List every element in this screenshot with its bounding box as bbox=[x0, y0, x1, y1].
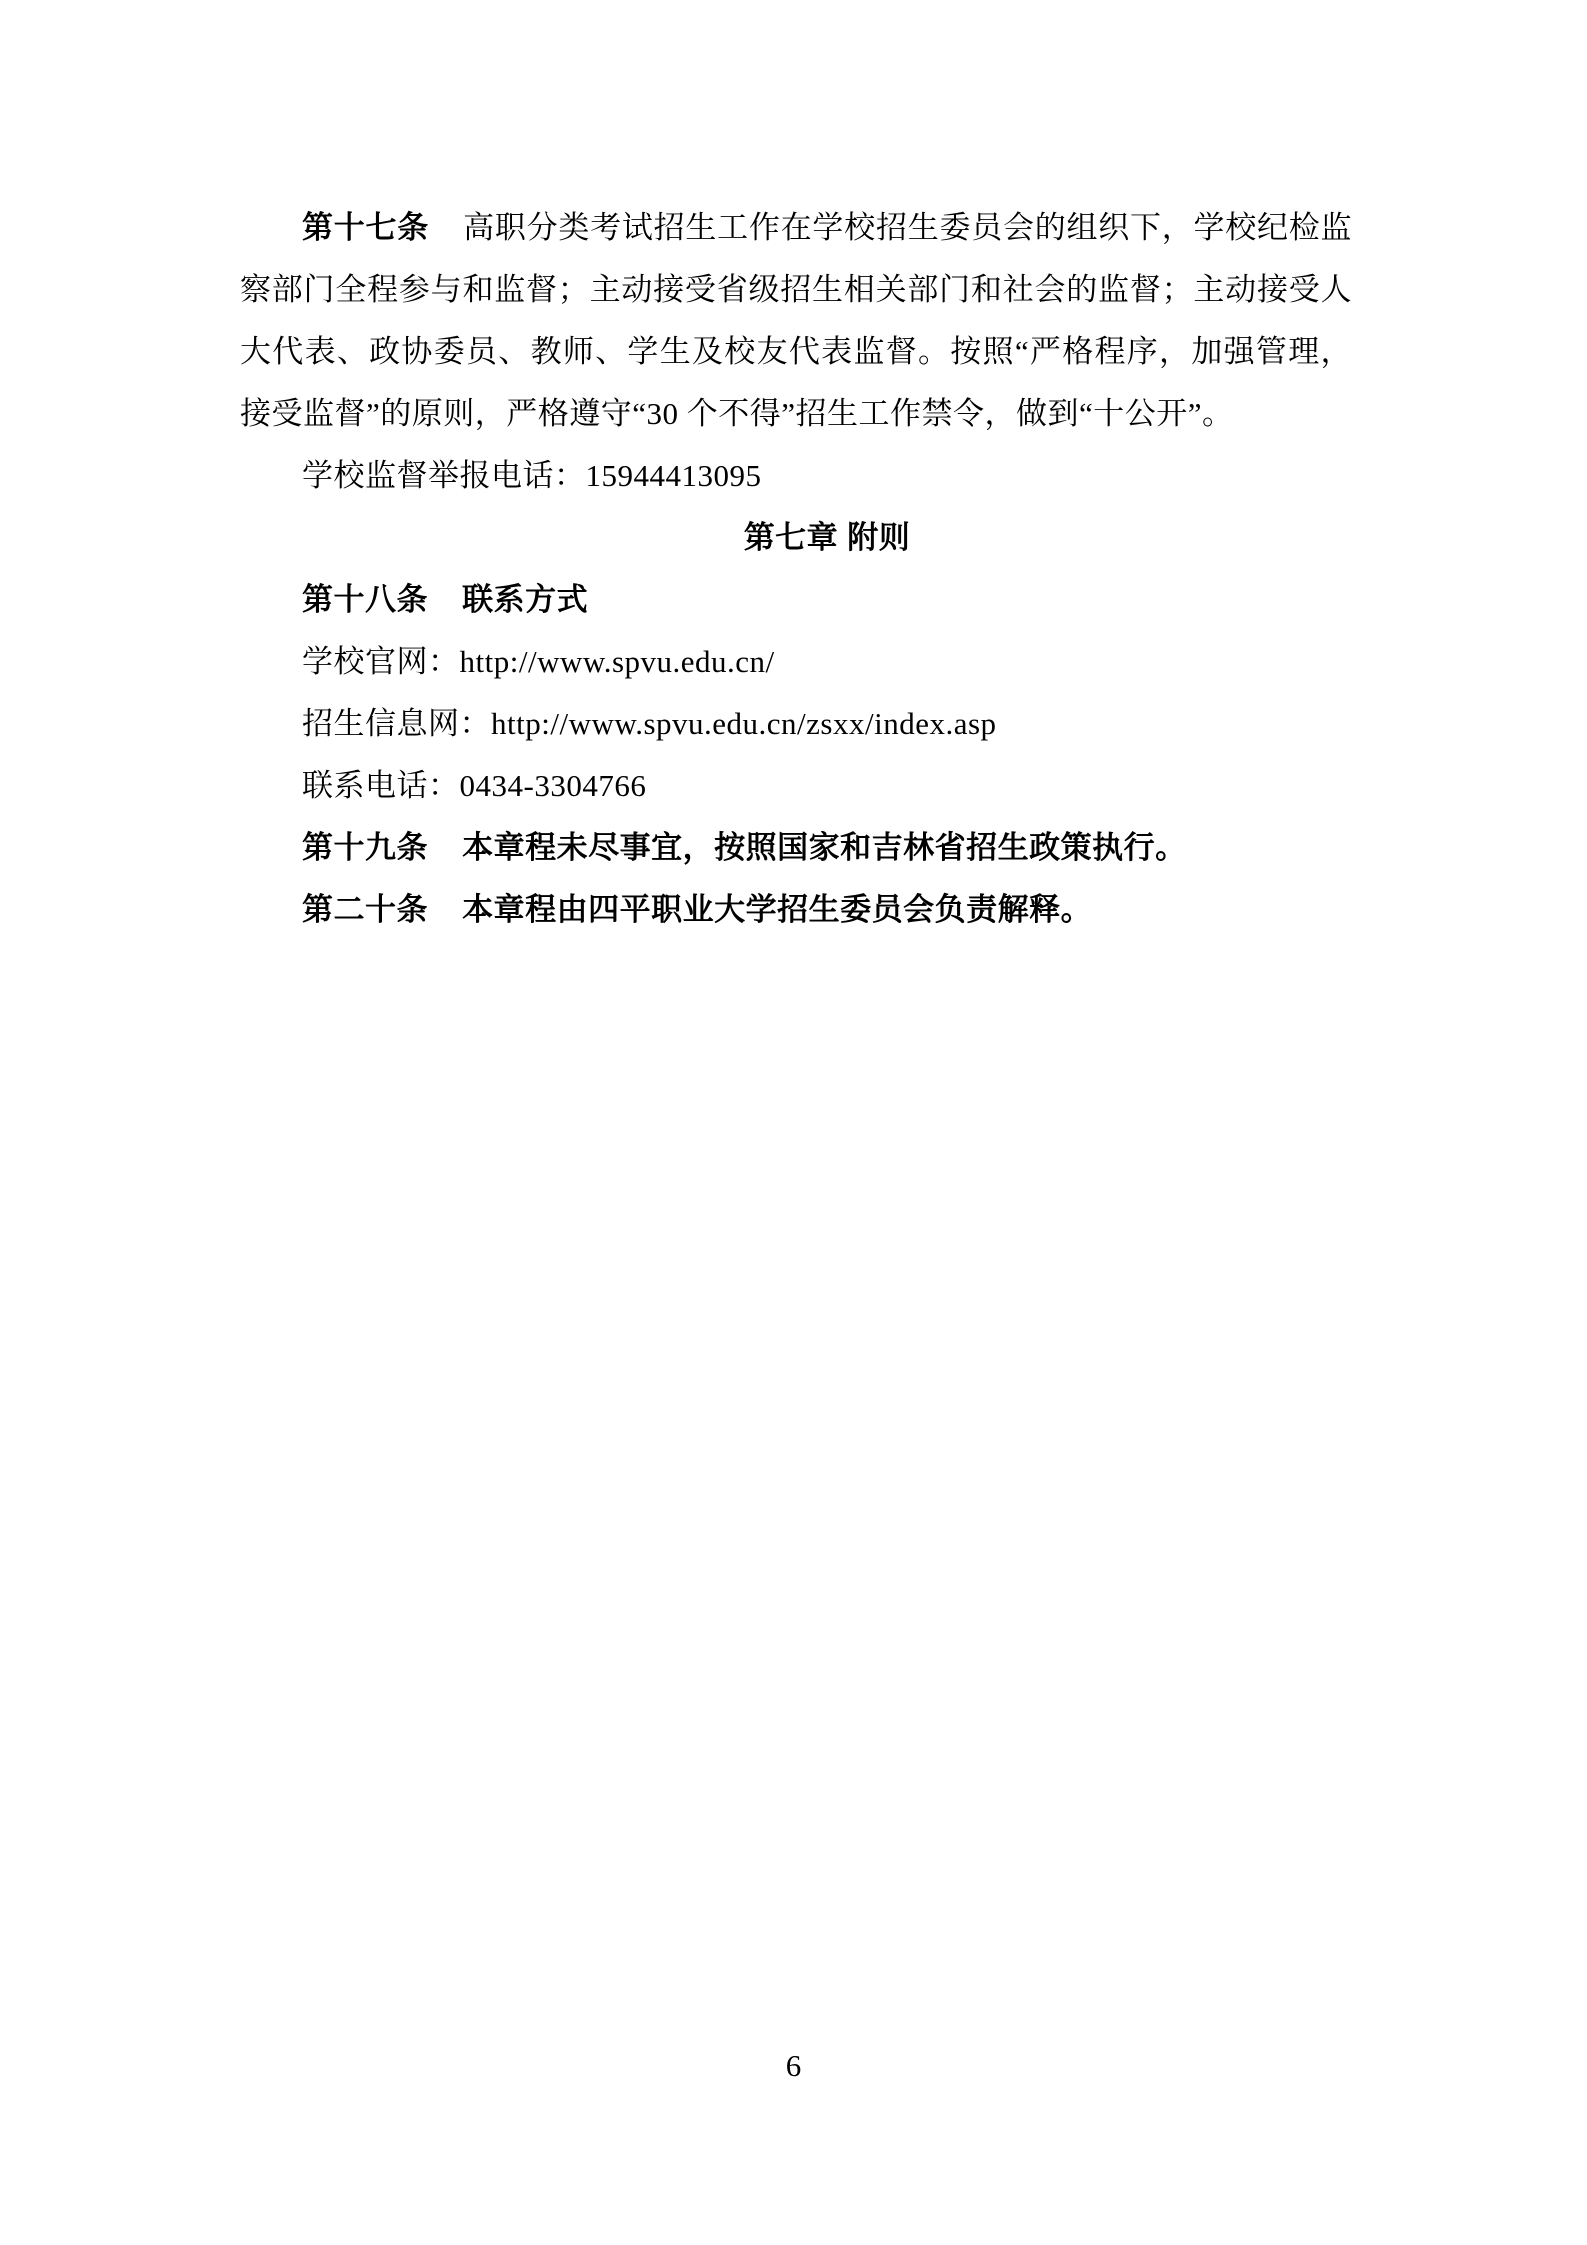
article18-title: 联系方式 bbox=[462, 582, 588, 617]
article19-label: 第十九条 bbox=[302, 830, 428, 865]
admissions-site-line: 招生信息网：http://www.spvu.edu.cn/zsxx/index.… bbox=[240, 693, 1352, 755]
document-page: 第十七条高职分类考试招生工作在学校招生委员会的组织下，学校纪检监 察部门全程参与… bbox=[0, 0, 1587, 2245]
article19-text: 本章程未尽事宜，按照国家和吉林省招生政策执行。 bbox=[462, 830, 1187, 865]
contact-phone-text: 联系电话：0434-3304766 bbox=[302, 768, 646, 803]
chapter7-title: 第七章 附则 bbox=[744, 520, 911, 555]
report-phone-text: 学校监督举报电话：15944413095 bbox=[302, 458, 762, 493]
article20-line: 第二十条本章程由四平职业大学招生委员会负责解释。 bbox=[240, 879, 1352, 941]
article18-line: 第十八条联系方式 bbox=[240, 569, 1352, 631]
article18-label: 第十八条 bbox=[302, 582, 428, 617]
contact-phone-line: 联系电话：0434-3304766 bbox=[240, 755, 1352, 817]
article17-line3-text: 大代表、政协委员、教师、学生及校友代表监督。按照“严格程序，加强管理， bbox=[240, 334, 1352, 369]
document-body: 第十七条高职分类考试招生工作在学校招生委员会的组织下，学校纪检监 察部门全程参与… bbox=[240, 197, 1352, 941]
chapter7-heading: 第七章 附则 bbox=[240, 507, 1352, 569]
article17-line1-text: 高职分类考试招生工作在学校招生委员会的组织下，学校纪检监 bbox=[463, 210, 1352, 245]
article17-line2-text: 察部门全程参与和监督；主动接受省级招生相关部门和社会的监督；主动接受人 bbox=[240, 272, 1352, 307]
admissions-site-text: 招生信息网：http://www.spvu.edu.cn/zsxx/index.… bbox=[302, 706, 997, 741]
article17-line2: 察部门全程参与和监督；主动接受省级招生相关部门和社会的监督；主动接受人 bbox=[240, 259, 1352, 321]
article17-line3: 大代表、政协委员、教师、学生及校友代表监督。按照“严格程序，加强管理， bbox=[240, 321, 1352, 383]
article17-line1: 第十七条高职分类考试招生工作在学校招生委员会的组织下，学校纪检监 bbox=[240, 197, 1352, 259]
official-site-text: 学校官网：http://www.spvu.edu.cn/ bbox=[302, 644, 775, 679]
official-site-line: 学校官网：http://www.spvu.edu.cn/ bbox=[240, 631, 1352, 693]
article17-label: 第十七条 bbox=[302, 210, 429, 245]
article20-label: 第二十条 bbox=[302, 892, 428, 927]
article19-line: 第十九条本章程未尽事宜，按照国家和吉林省招生政策执行。 bbox=[240, 817, 1352, 879]
article20-text: 本章程由四平职业大学招生委员会负责解释。 bbox=[462, 892, 1092, 927]
page-number: 6 bbox=[0, 2046, 1587, 2086]
report-phone-line: 学校监督举报电话：15944413095 bbox=[240, 445, 1352, 507]
article17-line4-text: 接受监督”的原则，严格遵守“30 个不得”招生工作禁令，做到“十公开”。 bbox=[240, 396, 1234, 431]
article17-line4: 接受监督”的原则，严格遵守“30 个不得”招生工作禁令，做到“十公开”。 bbox=[240, 383, 1352, 445]
